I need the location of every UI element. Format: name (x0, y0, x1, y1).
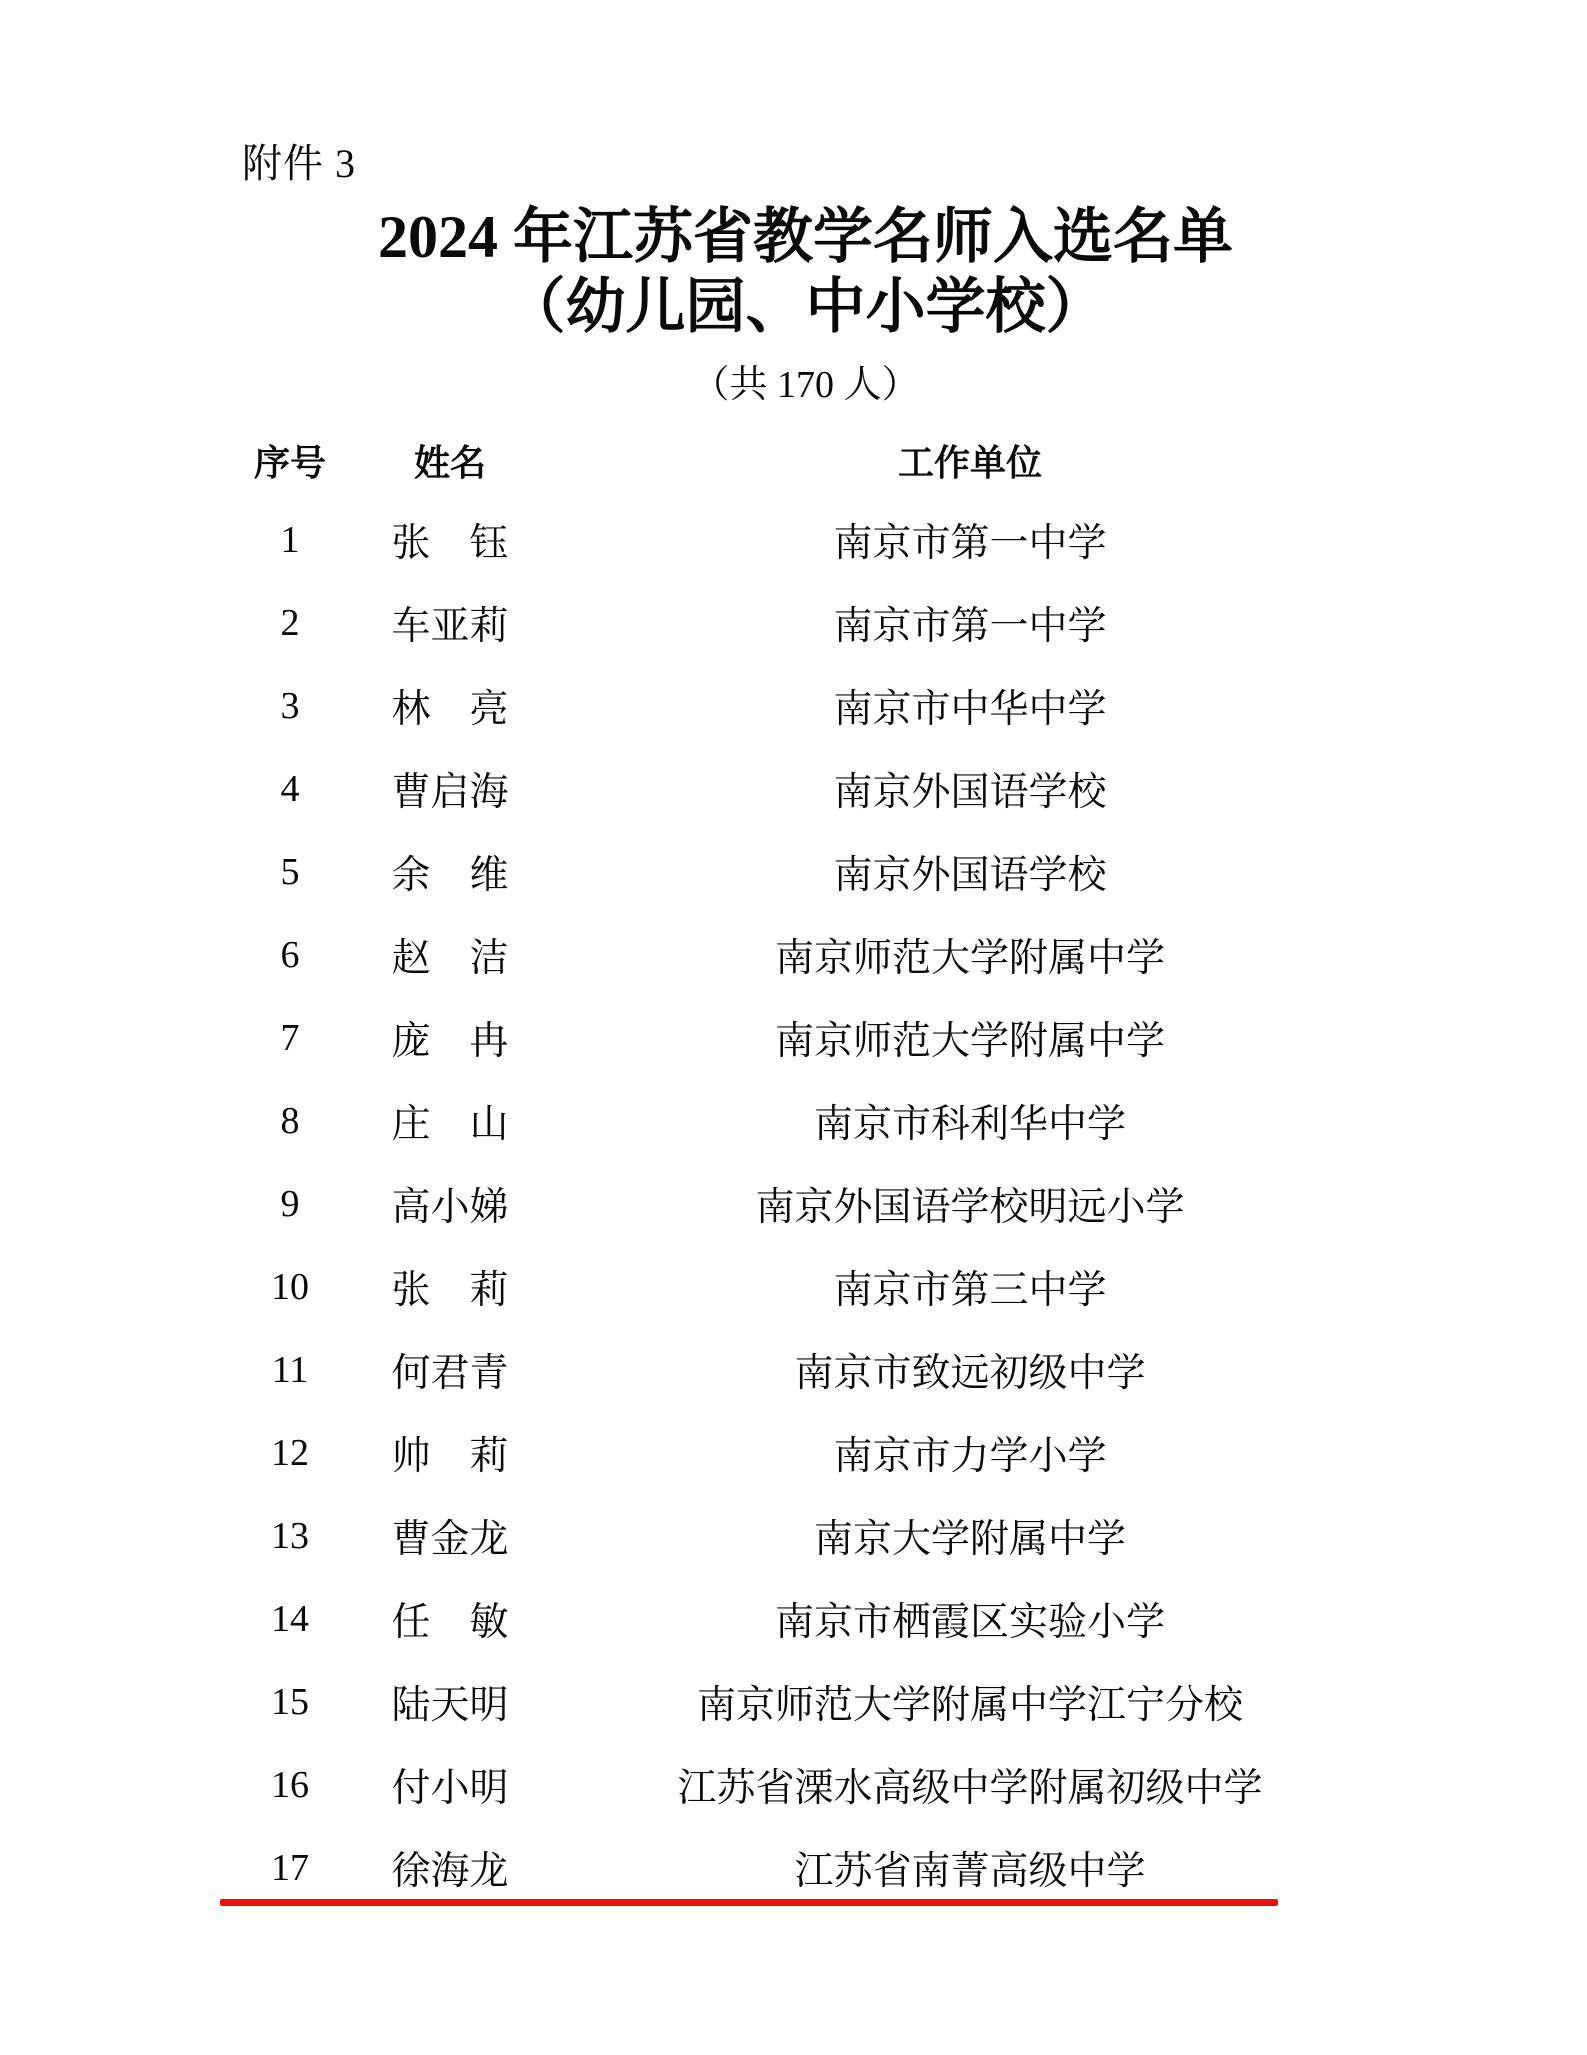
red-underline (220, 1899, 1278, 1906)
table-row: 15 陆天明 南京师范大学附属中学江宁分校 (0, 1660, 1587, 1743)
row-unit: 南京市中华中学 (450, 678, 1490, 734)
table-row: 1 张 钰 南京市第一中学 (0, 498, 1587, 581)
row-unit: 南京师范大学附属中学 (450, 927, 1490, 983)
table-row: 3 林 亮 南京市中华中学 (0, 664, 1587, 747)
table-row: 16 付小明 江苏省溧水高级中学附属初级中学 (0, 1743, 1587, 1826)
row-unit: 江苏省溧水高级中学附属初级中学 (450, 1757, 1490, 1813)
table-row: 6 赵 洁 南京师范大学附属中学 (0, 913, 1587, 996)
table-header-row: 序号 姓名 工作单位 (0, 442, 1587, 484)
document-title-line2: （幼儿园、中小学校） (12, 275, 1587, 339)
row-unit: 南京市科利华中学 (450, 1093, 1490, 1149)
row-unit: 南京市第一中学 (450, 512, 1490, 568)
row-unit: 南京市第三中学 (450, 1259, 1490, 1315)
row-unit: 江苏省南菁高级中学 (450, 1840, 1490, 1896)
row-unit: 南京外国语学校明远小学 (450, 1176, 1490, 1232)
total-count-note: （共 170 人） (12, 364, 1587, 406)
table-row: 11 何君青 南京市致远初级中学 (0, 1328, 1587, 1411)
table-row: 8 庄 山 南京市科利华中学 (0, 1079, 1587, 1162)
row-unit: 南京师范大学附属中学 (450, 1010, 1490, 1066)
table-row: 12 帅 莉 南京市力学小学 (0, 1411, 1587, 1494)
document-title-line1: 2024 年江苏省教学名师入选名单 (12, 204, 1587, 270)
table-row: 14 任 敏 南京市栖霞区实验小学 (0, 1577, 1587, 1660)
table-row: 10 张 莉 南京市第三中学 (0, 1245, 1587, 1328)
table-row: 5 余 维 南京外国语学校 (0, 830, 1587, 913)
attachment-label: 附件 3 (242, 141, 356, 187)
table-row: 4 曹启海 南京外国语学校 (0, 747, 1587, 830)
table-row: 7 庞 冉 南京师范大学附属中学 (0, 996, 1587, 1079)
document-page: 附件 3 2024 年江苏省教学名师入选名单 （幼儿园、中小学校） （共 170… (0, 0, 1587, 2055)
row-unit: 南京市第一中学 (450, 595, 1490, 651)
table-row: 2 车亚莉 南京市第一中学 (0, 581, 1587, 664)
row-unit: 南京市致远初级中学 (450, 1342, 1490, 1398)
table-row: 9 高小娣 南京外国语学校明远小学 (0, 1162, 1587, 1245)
table-row: 17 徐海龙 江苏省南菁高级中学 (0, 1826, 1587, 1909)
row-unit: 南京大学附属中学 (450, 1508, 1490, 1564)
row-unit: 南京市栖霞区实验小学 (450, 1591, 1490, 1647)
table-row: 13 曹金龙 南京大学附属中学 (0, 1494, 1587, 1577)
row-unit: 南京市力学小学 (450, 1425, 1490, 1481)
row-unit: 南京外国语学校 (450, 761, 1490, 817)
column-header-unit: 工作单位 (450, 442, 1490, 484)
table-rows: 1 张 钰 南京市第一中学 2 车亚莉 南京市第一中学 3 林 亮 南京市中华中… (0, 498, 1587, 1909)
row-unit: 南京外国语学校 (450, 844, 1490, 900)
row-unit: 南京师范大学附属中学江宁分校 (450, 1674, 1490, 1730)
